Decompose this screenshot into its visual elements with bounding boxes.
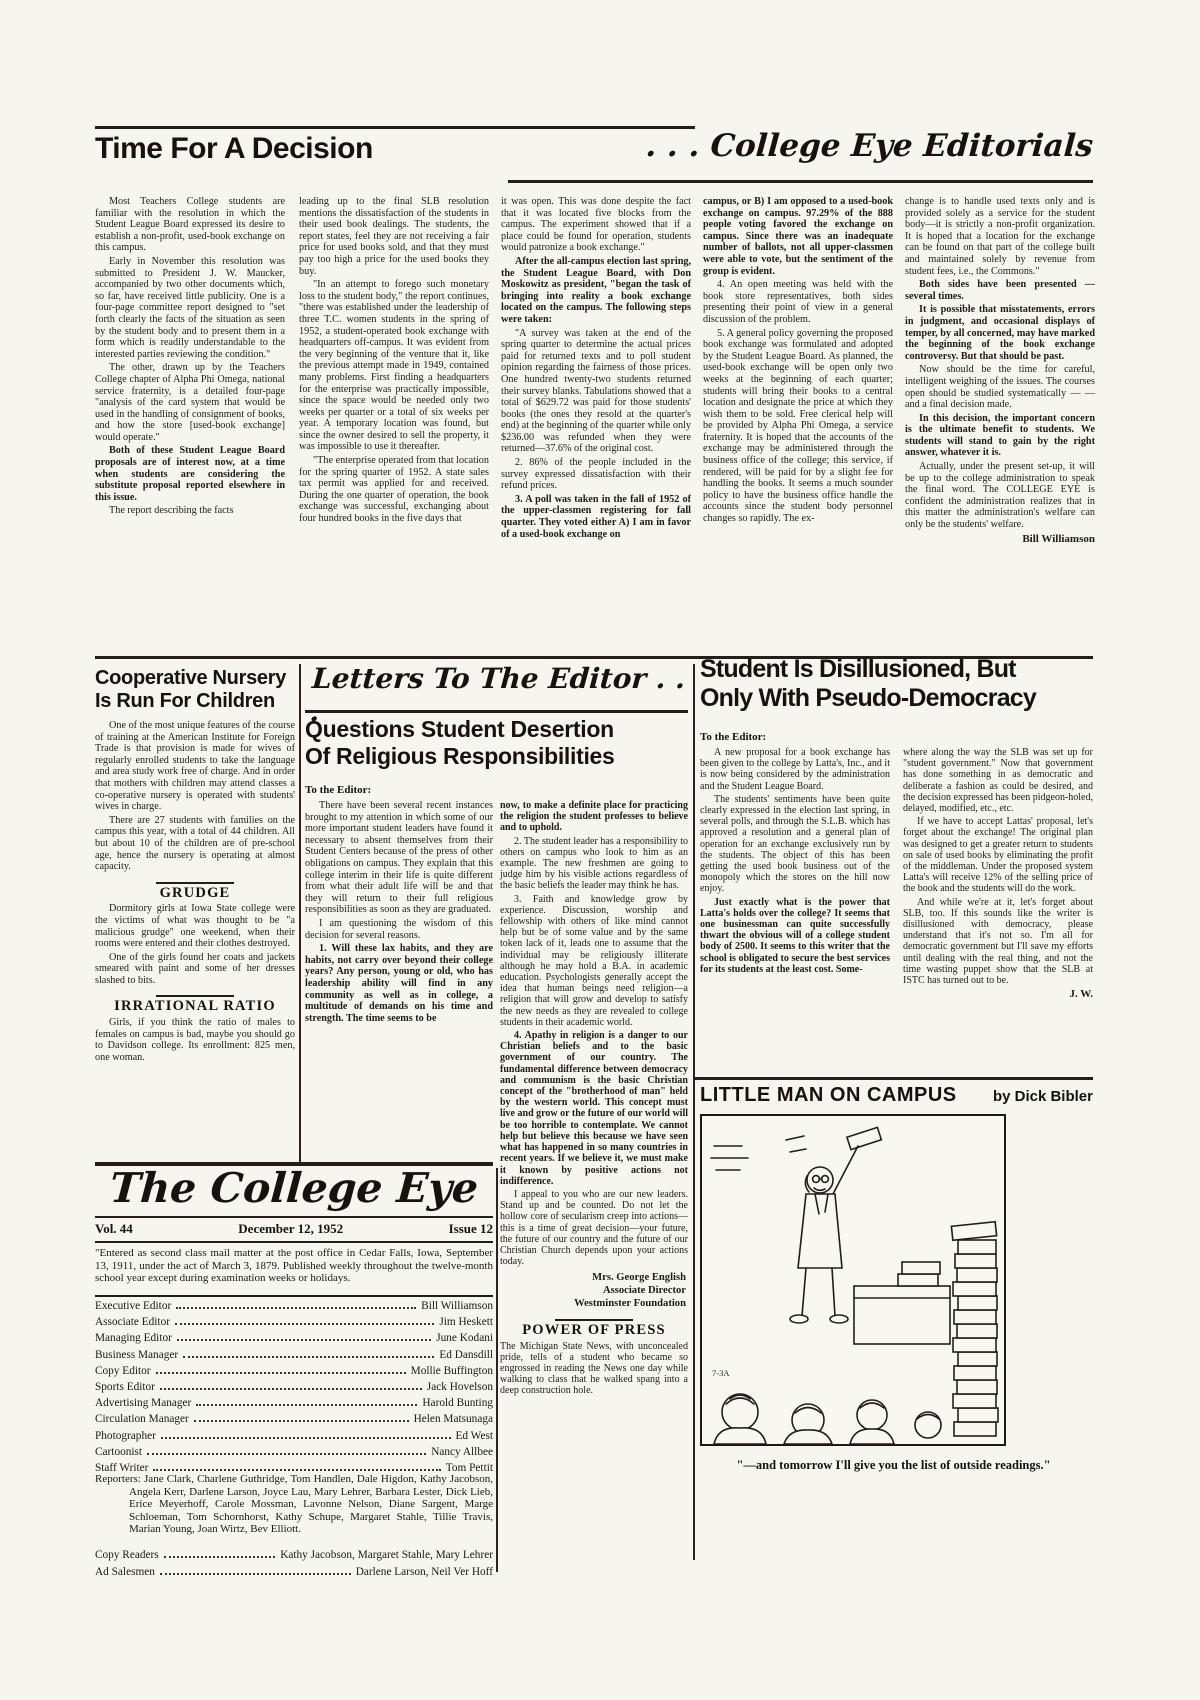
staff-row: Copy EditorMollie Buffington <box>95 1365 493 1377</box>
staff-role: Copy Editor <box>95 1365 151 1377</box>
paragraph: There are 27 students with families on t… <box>95 815 295 873</box>
dotted-leader <box>183 1356 434 1358</box>
staff-row: CartoonistNancy Allbee <box>95 1446 493 1458</box>
dotted-leader <box>177 1339 431 1341</box>
staff-name: June Kodani <box>436 1332 493 1344</box>
paragraph: Just exactly what is the power that Latt… <box>700 897 890 975</box>
editorial-byline: Bill Williamson <box>905 534 1095 546</box>
paragraph: Both sides have been presented — several… <box>905 279 1095 302</box>
paragraph: Most Teachers College students are famil… <box>95 196 285 254</box>
paragraph: Girls, if you think the ratio of males t… <box>95 1017 295 1063</box>
letters-title-rule <box>305 710 688 713</box>
grudge-rule <box>156 882 234 884</box>
book-stack <box>951 1222 998 1436</box>
editorial-column-5: change is to handle used texts only and … <box>905 196 1095 545</box>
disillusioned-headline-line2: Only With Pseudo-Democracy <box>700 684 1093 713</box>
issue-number: Issue 12 <box>449 1221 493 1237</box>
column-text: campus, or B) I am opposed to a used-boo… <box>703 196 893 525</box>
power-of-press-heading: POWER OF PRESS <box>500 1325 688 1336</box>
editorial-column-4: campus, or B) I am opposed to a used-boo… <box>703 196 893 527</box>
staff-name: Harold Bunting <box>422 1397 493 1409</box>
paragraph: The other, drawn up by the Teachers Coll… <box>95 362 285 443</box>
staff-name: Kathy Jacobson, Margaret Stahle, Mary Le… <box>280 1549 493 1561</box>
dotted-leader <box>164 1556 276 1558</box>
paragraph: And while we're at it, let's forget abou… <box>903 897 1093 987</box>
staff-row: Ad Salesmen Darlene Larson, Neil Ver Hof… <box>95 1566 493 1578</box>
staff-role: Executive Editor <box>95 1300 171 1312</box>
paragraph: One of the girls found her coats and jac… <box>95 952 295 987</box>
paragraph: now, to make a definite place for practi… <box>500 800 688 834</box>
cartoon-title: LITTLE MAN ON CAMPUS <box>700 1084 957 1107</box>
paragraph: After the all-campus election last sprin… <box>501 256 691 326</box>
column-text: Most Teachers College students are famil… <box>95 196 285 517</box>
issue-date: December 12, 1952 <box>133 1221 449 1237</box>
column-text: now, to make a definite place for practi… <box>500 800 688 1267</box>
paragraph: If we have to accept Lattas' proposal, l… <box>903 816 1093 894</box>
disillusioned-signature: J. W. <box>903 989 1093 1000</box>
entered-notice: "Entered as second class mail matter at … <box>95 1247 493 1285</box>
paragraph: 3. Faith and knowledge grow by experienc… <box>500 894 688 1028</box>
editorial-column-3: it was open. This was done despite the f… <box>501 196 691 542</box>
staff-role: Sports Editor <box>95 1381 155 1393</box>
ratio-rule <box>156 995 234 997</box>
college-eye-editorials-title: . . . College Eye Editorials <box>507 128 1095 164</box>
paragraph: Dormitory girls at Iowa State college we… <box>95 903 295 949</box>
staff-name: Bill Williamson <box>421 1300 493 1312</box>
nursery-text: One of the most unique features of the c… <box>95 720 295 873</box>
disillusioned-headline-line1: Student Is Disillusioned, But <box>700 655 1093 684</box>
paragraph: campus, or B) I am opposed to a used-boo… <box>703 196 893 277</box>
masthead-rule-2 <box>95 1216 493 1218</box>
cartoonist-mark: 7-3A <box>712 1368 729 1378</box>
staff-role: Associate Editor <box>95 1316 170 1328</box>
masthead-title: The College Eye <box>93 1164 494 1212</box>
staff-row: Associate EditorJim Heskett <box>95 1316 493 1328</box>
desk <box>854 1262 950 1344</box>
signature-line: Westminster Foundation <box>500 1297 686 1310</box>
cartoon-panel: 7-3A <box>700 1114 1006 1446</box>
column-divider-right <box>693 664 695 1560</box>
paragraph: "The enterprise operated from that locat… <box>299 455 489 525</box>
dotted-leader <box>176 1307 416 1309</box>
paragraph: 2. 86% of the people included in the sur… <box>501 457 691 492</box>
cartoon-caption: "—and tomorrow I'll give you the list of… <box>694 1458 1093 1473</box>
dotted-leader <box>153 1469 440 1471</box>
newspaper-page: Time For A Decision . . . College Eye Ed… <box>0 0 1200 1700</box>
paragraph: A new proposal for a book exchange has b… <box>700 747 890 792</box>
power-of-press-rule <box>555 1319 633 1321</box>
paragraph: It is possible that misstatements, error… <box>905 304 1095 362</box>
paragraph: 1. Will these lax habits, and they are h… <box>305 943 493 1024</box>
paragraph: leading up to the final SLB resolution m… <box>299 196 489 277</box>
column-text: A new proposal for a book exchange has b… <box>700 747 890 975</box>
header-rule-right <box>508 180 1093 183</box>
column-text: it was open. This was done despite the f… <box>501 196 691 540</box>
paragraph: 5. A general policy governing the propos… <box>703 328 893 525</box>
paragraph: I am questioning the wisdom of this deci… <box>305 918 493 941</box>
dotted-leader <box>175 1323 434 1325</box>
staff-role: Circulation Manager <box>95 1413 189 1425</box>
staff-row: Executive EditorBill Williamson <box>95 1300 493 1312</box>
letters-column-2: now, to make a definite place for practi… <box>500 800 688 1399</box>
column-divider-left <box>299 664 301 1162</box>
paragraph: Actually, under the present set-up, it w… <box>905 461 1095 531</box>
paragraph: 4. An open meeting was held with the boo… <box>703 279 893 325</box>
staff-row: Copy Readers Kathy Jacobson, Margaret St… <box>95 1549 493 1561</box>
paragraph: 4. Apathy in religion is a danger to our… <box>500 1030 688 1187</box>
paragraph: Both of these Student League Board propo… <box>95 445 285 503</box>
staff-role: Business Manager <box>95 1349 178 1361</box>
reporters-list: Reporters: Jane Clark, Charlene Guthridg… <box>95 1473 493 1536</box>
paragraph: The students' sentiments have been quite… <box>700 794 890 895</box>
staff-row: Managing EditorJune Kodani <box>95 1332 493 1344</box>
power-of-press-text: The Michigan State News, with unconceale… <box>500 1341 688 1397</box>
staff-name: Jim Heskett <box>439 1316 493 1328</box>
staff-row: Sports EditorJack Hovelson <box>95 1381 493 1393</box>
paragraph: The Michigan State News, with unconceale… <box>500 1341 688 1397</box>
staff-name: Jack Hovelson <box>427 1381 493 1393</box>
letters-signature: Mrs. George EnglishAssociate DirectorWes… <box>500 1271 686 1310</box>
ratio-heading: IRRATIONAL RATIO <box>95 1001 295 1013</box>
disillusioned-column-1: A new proposal for a book exchange has b… <box>700 747 890 977</box>
volume-number: Vol. 44 <box>95 1221 133 1237</box>
signature-line: Mrs. George English <box>500 1271 686 1284</box>
copy-readers-row: Copy Readers Kathy Jacobson, Margaret St… <box>95 1549 493 1565</box>
staff-role: Advertising Manager <box>95 1397 191 1409</box>
disillusioned-column-2: where along the way the SLB was set up f… <box>903 747 1093 1000</box>
cartoon-drawing <box>702 1116 1004 1444</box>
staff-row: Circulation ManagerHelen Matsunaga <box>95 1413 493 1425</box>
dotted-leader <box>156 1372 406 1374</box>
paragraph: Early in November this resolution was su… <box>95 256 285 360</box>
editorial-column-2: leading up to the final SLB resolution m… <box>299 196 489 527</box>
dotted-leader <box>194 1420 409 1422</box>
grudge-text: Dormitory girls at Iowa State college we… <box>95 903 295 986</box>
staff-row: PhotographerEd West <box>95 1430 493 1442</box>
dotted-leader <box>147 1453 426 1455</box>
nursery-headline-line1: Cooperative Nursery <box>95 667 295 690</box>
paragraph: The report describing the facts <box>95 505 285 517</box>
staff-role: Ad Salesmen <box>95 1566 155 1578</box>
letters-column-1: There have been several recent instances… <box>305 800 493 1026</box>
paragraph: There have been several recent instances… <box>305 800 493 916</box>
staff-role: Copy Readers <box>95 1549 159 1561</box>
cartoon-byline: by Dick Bibler <box>993 1088 1093 1105</box>
nursery-section: Cooperative Nursery Is Run For Children … <box>95 667 295 1065</box>
dotted-leader <box>160 1388 422 1390</box>
column-text: where along the way the SLB was set up f… <box>903 747 1093 986</box>
letters-headline-line1: Questions Student Desertion <box>305 716 688 743</box>
paragraph: "In an attempt to forego such monetary l… <box>299 279 489 453</box>
grudge-heading: GRUDGE <box>95 888 295 900</box>
ad-salesmen-row: Ad Salesmen Darlene Larson, Neil Ver Hof… <box>95 1566 493 1582</box>
paragraph: I appeal to you who are our new leaders.… <box>500 1189 688 1267</box>
masthead-rule-3 <box>95 1241 493 1243</box>
staff-role: Photographer <box>95 1430 156 1442</box>
disillusioned-salutation: To the Editor: <box>700 731 766 743</box>
ratio-text: Girls, if you think the ratio of males t… <box>95 1017 295 1063</box>
dotted-leader <box>161 1437 451 1439</box>
paragraph: where along the way the SLB was set up f… <box>903 747 1093 814</box>
column-text: leading up to the final SLB resolution m… <box>299 196 489 525</box>
dotted-leader <box>160 1573 351 1575</box>
paragraph: Now should be the time for careful, inte… <box>905 364 1095 410</box>
disillusioned-headline: Student Is Disillusioned, But Only With … <box>700 655 1093 713</box>
letters-headline: Questions Student Desertion Of Religious… <box>305 716 688 770</box>
staff-name: Ed West <box>456 1430 493 1442</box>
staff-role: Cartoonist <box>95 1446 142 1458</box>
letters-headline-line2: Of Religious Responsibilities <box>305 743 688 770</box>
motion-lines <box>786 1136 806 1152</box>
motion-lines <box>711 1146 748 1170</box>
cartoon-header: LITTLE MAN ON CAMPUS by Dick Bibler <box>700 1084 1093 1107</box>
paragraph: "A survey was taken at the end of the sp… <box>501 328 691 456</box>
letters-salutation: To the Editor: <box>305 784 371 796</box>
paragraph: change is to handle used texts only and … <box>905 196 1095 277</box>
staff-row: Advertising ManagerHarold Bunting <box>95 1397 493 1409</box>
volume-row: Vol. 44 December 12, 1952 Issue 12 <box>95 1221 493 1237</box>
staff-name: Helen Matsunaga <box>414 1413 493 1425</box>
paragraph: In this decision, the important concern … <box>905 413 1095 459</box>
column-text: change is to handle used texts only and … <box>905 196 1095 531</box>
paragraph: it was open. This was done despite the f… <box>501 196 691 254</box>
staff-row: Business ManagerEd Dansdill <box>95 1349 493 1361</box>
staff-name: Darlene Larson, Neil Ver Hoff <box>356 1566 493 1578</box>
signature-line: Associate Director <box>500 1284 686 1297</box>
paragraph: One of the most unique features of the c… <box>95 720 295 813</box>
paragraph: 2. The student leader has a responsibili… <box>500 836 688 892</box>
staff-list: Executive EditorBill WilliamsonAssociate… <box>95 1300 493 1478</box>
staff-name: Mollie Buffington <box>411 1365 493 1377</box>
editorial-column-1: Most Teachers College students are famil… <box>95 196 285 519</box>
staff-name: Ed Dansdill <box>439 1349 493 1361</box>
nursery-headline-line2: Is Run For Children <box>95 690 295 713</box>
column-text: There have been several recent instances… <box>305 800 493 1024</box>
student-heads <box>714 1394 941 1444</box>
masthead-rule-4 <box>95 1295 493 1297</box>
dotted-leader <box>196 1404 417 1406</box>
paragraph: 3. A poll was taken in the fall of 1952 … <box>501 494 691 540</box>
cartoon-section-rule <box>693 1077 1093 1080</box>
staff-name: Nancy Allbee <box>431 1446 493 1458</box>
column-divider-masthead <box>496 1168 498 1572</box>
staff-role: Managing Editor <box>95 1332 172 1344</box>
editorial-page-title: Time For A Decision <box>95 132 373 166</box>
nursery-headline: Cooperative Nursery Is Run For Children <box>95 667 295 713</box>
